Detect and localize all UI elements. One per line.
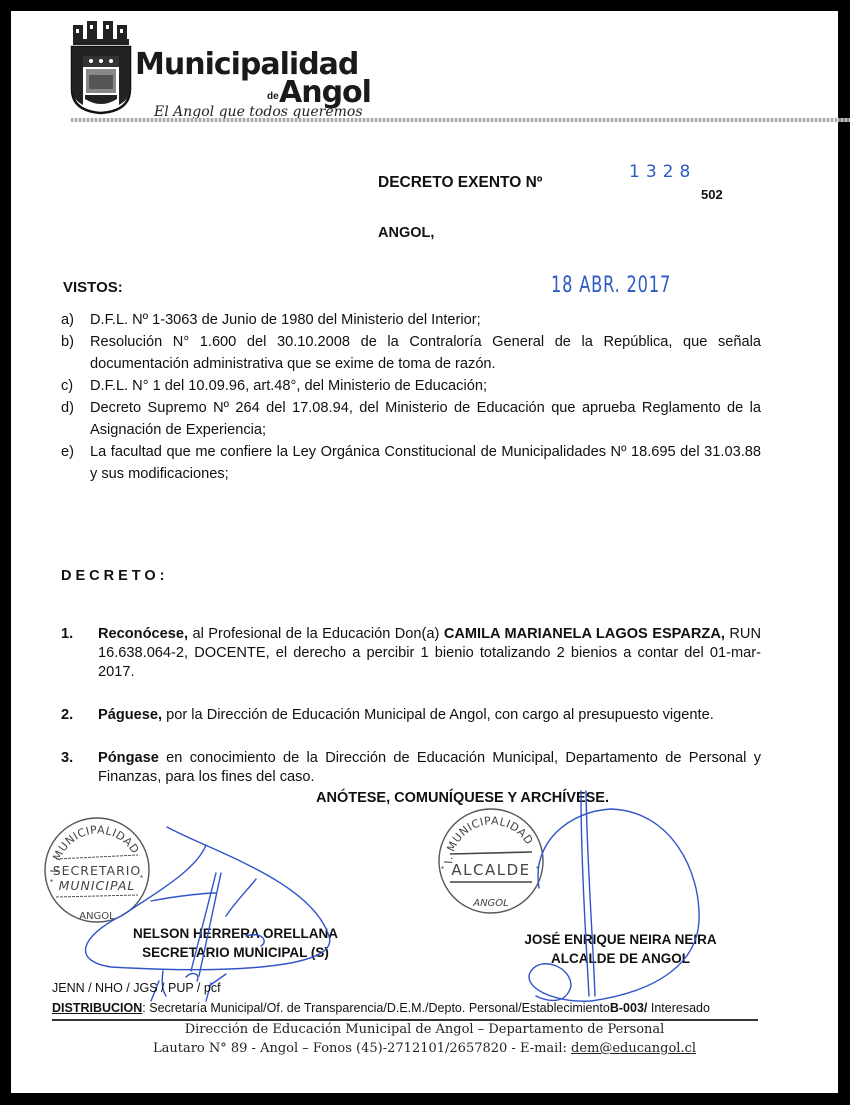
- decreto-item-lead: Póngase: [98, 750, 159, 766]
- decreto-item: 2. Páguese, por la Dirección de Educació…: [61, 706, 761, 725]
- decreto-item: 3. Póngase en conocimiento de la Direcci…: [61, 749, 761, 787]
- vistos-item-text: D.F.L. N° 1 del 10.09.96, art.48°, del M…: [90, 375, 761, 397]
- decreto-item-label: 2.: [61, 706, 98, 725]
- brand-preposition: de: [267, 91, 279, 102]
- decreto-list: 1. Reconócese, al Profesional de la Educ…: [61, 625, 761, 811]
- decree-title: DECRETO EXENTO Nº: [378, 174, 542, 192]
- distribution-text: : Secretaría Municipal/Of. de Transparen…: [142, 1001, 610, 1015]
- distribution-text: Interesado: [647, 1001, 710, 1015]
- date-stamp: 18 ABR. 2017: [551, 273, 671, 298]
- decreto-item-text: Páguese, por la Dirección de Educación M…: [98, 706, 761, 725]
- decreto-item-body: por la Dirección de Educación Municipal …: [162, 707, 714, 723]
- decree-stamped-number: 1328: [629, 162, 696, 182]
- stamp-line2: MUNICIPAL: [59, 878, 136, 893]
- vistos-item-label: d): [61, 397, 90, 441]
- vistos-item: b) Resolución N° 1.600 del 30.10.2008 de…: [61, 331, 761, 375]
- vistos-item-label: b): [61, 331, 90, 375]
- svg-text:*: *: [50, 878, 53, 887]
- decreto-item-lead: Reconócese,: [98, 626, 188, 642]
- decreto-item-label: 3.: [61, 749, 98, 787]
- header-divider: [71, 118, 850, 122]
- decreto-item-lead: Páguese,: [98, 707, 162, 723]
- signatory-name: NELSON HERRERA ORELLANA: [123, 924, 348, 943]
- footer-email-link[interactable]: dem@educangol.cl: [571, 1041, 696, 1056]
- footer-contact: Lautaro N° 89 - Angol – Fonos (45)-27121…: [11, 1041, 838, 1056]
- svg-text:*: *: [441, 865, 444, 874]
- footer-address: Lautaro N° 89 - Angol – Fonos (45)-27121…: [153, 1041, 571, 1056]
- decreto-item-label: 1.: [61, 625, 98, 682]
- distribution-label: DISTRIBUCION: [52, 1001, 142, 1015]
- svg-text:*: *: [140, 874, 143, 883]
- closing-formula: ANÓTESE, COMUNÍQUESE Y ARCHÍVESE.: [316, 790, 609, 806]
- vistos-item-text: La facultad que me confiere la Ley Orgán…: [90, 441, 761, 485]
- vistos-item-label: a): [61, 309, 90, 331]
- vistos-item: a) D.F.L. Nº 1-3063 de Junio de 1980 del…: [61, 309, 761, 331]
- decreto-item: 1. Reconócese, al Profesional de la Educ…: [61, 625, 761, 682]
- vistos-item-text: Resolución N° 1.600 del 30.10.2008 de la…: [90, 331, 761, 375]
- vistos-item: c) D.F.L. N° 1 del 10.09.96, art.48°, de…: [61, 375, 761, 397]
- initials-reference: JENN / NHO / JGS / PUP / pcf: [52, 981, 221, 995]
- alcalde-stamp: I. MUNICIPALIDAD ALCALDE * * ANGOL: [436, 806, 546, 921]
- document-page: Municipalidad de Angol El Angol que todo…: [11, 11, 838, 1093]
- decreto-item-text: Póngase en conocimiento de la Dirección …: [98, 749, 761, 787]
- decreto-item-text: Reconócese, al Profesional de la Educaci…: [98, 625, 761, 682]
- decreto-heading: DECRETO:: [61, 568, 168, 584]
- vistos-item: d) Decreto Supremo Nº 264 del 17.08.94, …: [61, 397, 761, 441]
- footer-department: Dirección de Educación Municipal de Ango…: [11, 1022, 838, 1037]
- svg-text:*: *: [536, 865, 539, 874]
- vistos-item-text: Decreto Supremo Nº 264 del 17.08.94, del…: [90, 397, 761, 441]
- signatory-role: SECRETARIO MUNICIPAL (S): [123, 943, 348, 962]
- decree-typed-number: 502: [701, 187, 723, 202]
- signatory-secretario: NELSON HERRERA ORELLANA SECRETARIO MUNIC…: [123, 924, 348, 962]
- beneficiary-name: CAMILA MARIANELA LAGOS ESPARZA,: [444, 626, 725, 642]
- signatory-alcalde: JOSÉ ENRIQUE NEIRA NEIRA ALCALDE DE ANGO…: [508, 930, 733, 968]
- stamp-line1: SECRETARIO: [53, 863, 142, 878]
- signatory-role: ALCALDE DE ANGOL: [508, 949, 733, 968]
- distribution-line: DISTRIBUCION: Secretaría Municipal/Of. d…: [52, 1001, 710, 1015]
- vistos-item: e) La facultad que me confiere la Ley Or…: [61, 441, 761, 485]
- decreto-item-body: al Profesional de la Educación Don(a): [188, 626, 444, 642]
- coat-of-arms-icon: [69, 19, 133, 115]
- footer-divider: [52, 1019, 758, 1021]
- distribution-establishment: B-003/: [610, 1001, 648, 1015]
- vistos-list: a) D.F.L. Nº 1-3063 de Junio de 1980 del…: [61, 309, 761, 485]
- signatory-name: JOSÉ ENRIQUE NEIRA NEIRA: [508, 930, 733, 949]
- decreto-item-body: en conocimiento de la Dirección de Educa…: [98, 750, 761, 785]
- stamp-line1: ALCALDE: [451, 861, 530, 879]
- vistos-item-label: e): [61, 441, 90, 485]
- stamp-bottom: ANGOL: [472, 898, 509, 909]
- decree-place: ANGOL,: [378, 225, 434, 241]
- vistos-heading: VISTOS:: [63, 279, 123, 296]
- stamp-bottom: ANGOL: [79, 911, 115, 922]
- vistos-item-label: c): [61, 375, 90, 397]
- vistos-item-text: D.F.L. Nº 1-3063 de Junio de 1980 del Mi…: [90, 309, 761, 331]
- secretario-stamp: I. MUNICIPALIDAD SECRETARIO MUNICIPAL * …: [42, 815, 152, 930]
